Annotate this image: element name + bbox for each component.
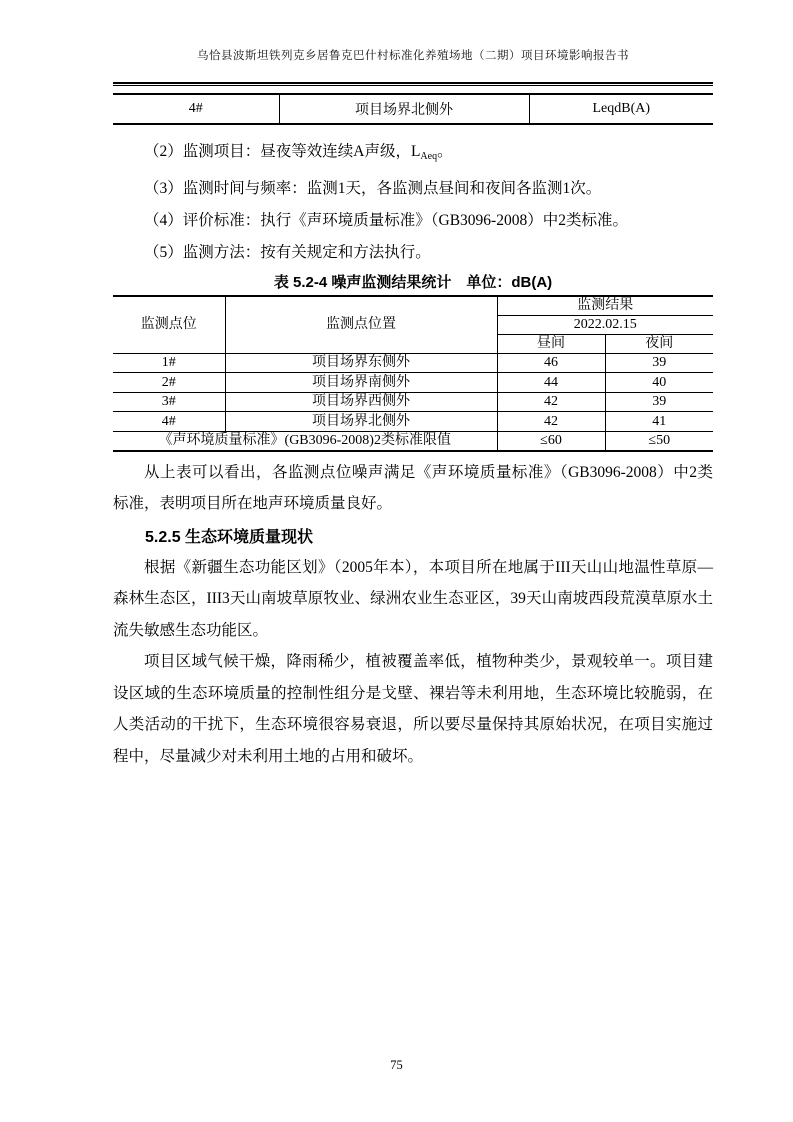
header-day-cell: 昼间 xyxy=(497,334,605,353)
document-page: 乌恰县波斯坦铁列克乡居鲁克巴什村标准化养殖场地（二期）项目环境影响报告书 4# … xyxy=(0,0,793,1122)
conclusion-paragraph: 从上表可以看出，各监测点位噪声满足《声环境质量标准》（GB3096-2008）中… xyxy=(113,457,713,520)
table-header-row-1: 监测点位 监测点位置 监测结果 xyxy=(113,296,713,315)
header-result-cell: 监测结果 xyxy=(497,296,713,315)
limit-night-cell: ≤50 xyxy=(605,431,713,451)
header-location-cell: 监测点位置 xyxy=(225,296,497,353)
point-id-cell: 2# xyxy=(113,373,225,393)
noise-results-table: 监测点位 监测点位置 监测结果 2022.02.15 昼间 夜间 1# 项目场界… xyxy=(113,295,713,452)
item2-subscript: Aeq xyxy=(420,151,437,162)
header-point-cell: 监测点位 xyxy=(113,296,225,353)
monitoring-item-3: （3）监测时间与频率：监测1天，各监测点昼间和夜间各监测1次。 xyxy=(113,173,713,205)
night-value-cell: 40 xyxy=(605,373,713,393)
point-id-cell: 4# xyxy=(113,412,225,432)
point-location-cell: 项目场界南侧外 xyxy=(225,373,497,393)
point-location-cell: 项目场界北侧外 xyxy=(225,412,497,432)
point-id-cell: 3# xyxy=(113,392,225,412)
header-date-cell: 2022.02.15 xyxy=(497,315,713,334)
page-number: 75 xyxy=(0,1058,793,1073)
eco-paragraph-2: 项目区域气候干燥，降雨稀少，植被覆盖率低，植物种类少，景观较单一。项目建设区域的… xyxy=(113,646,713,772)
header-night-cell: 夜间 xyxy=(605,334,713,353)
point-location-cell: 项目场界东侧外 xyxy=(225,353,497,373)
monitoring-item-4: （4）评价标准：执行《声环境质量标准》（GB3096-2008）中2类标准。 xyxy=(113,205,713,237)
day-value-cell: 42 xyxy=(497,412,605,432)
limit-day-cell: ≤60 xyxy=(497,431,605,451)
table-row: 4# 项目场界北侧外 LeqdB(A) xyxy=(113,94,713,124)
night-value-cell: 39 xyxy=(605,392,713,412)
point-id-cell: 4# xyxy=(113,94,279,124)
unit-cell: LeqdB(A) xyxy=(529,94,713,124)
night-value-cell: 41 xyxy=(605,412,713,432)
night-value-cell: 39 xyxy=(605,353,713,373)
limit-label-cell: 《声环境质量标准》(GB3096-2008)2类标准限值 xyxy=(113,431,497,451)
header-double-rule xyxy=(113,82,713,86)
noise-table-continuation-row: 4# 项目场界北侧外 LeqdB(A) xyxy=(113,93,713,125)
table-row: 3# 项目场界西侧外 42 39 xyxy=(113,392,713,412)
monitoring-item-list: （2）监测项目：昼夜等效连续A声级，LAeq。 （3）监测时间与频率：监测1天，… xyxy=(113,136,713,269)
table-row: 1# 项目场界东侧外 46 39 xyxy=(113,353,713,373)
monitoring-item-2: （2）监测项目：昼夜等效连续A声级，LAeq。 xyxy=(113,136,713,173)
table-limit-row: 《声环境质量标准》(GB3096-2008)2类标准限值 ≤60 ≤50 xyxy=(113,431,713,451)
day-value-cell: 42 xyxy=(497,392,605,412)
point-location-cell: 项目场界北侧外 xyxy=(279,94,529,124)
day-value-cell: 44 xyxy=(497,373,605,393)
eco-paragraph-1: 根据《新疆生态功能区划》（2005年本），本项目所在地属于III天山山地温性草原… xyxy=(113,552,713,647)
doc-header-title: 乌恰县波斯坦铁列克乡居鲁克巴什村标准化养殖场地（二期）项目环境影响报告书 xyxy=(113,0,713,63)
noise-table-caption: 表 5.2-4 噪声监测结果统计 单位：dB(A) xyxy=(113,272,713,294)
page-content: 乌恰县波斯坦铁列克乡居鲁克巴什村标准化养殖场地（二期）项目环境影响报告书 4# … xyxy=(113,0,713,772)
monitoring-item-5: （5）监测方法：按有关规定和方法执行。 xyxy=(113,237,713,269)
point-id-cell: 1# xyxy=(113,353,225,373)
section-heading-5-2-5: 5.2.5 生态环境质量现状 xyxy=(113,523,713,552)
point-location-cell: 项目场界西侧外 xyxy=(225,392,497,412)
item2-period: 。 xyxy=(437,143,453,160)
day-value-cell: 46 xyxy=(497,353,605,373)
item2-text: （2）监测项目：昼夜等效连续A声级，L xyxy=(144,143,420,160)
table-row: 4# 项目场界北侧外 42 41 xyxy=(113,412,713,432)
table-row: 2# 项目场界南侧外 44 40 xyxy=(113,373,713,393)
